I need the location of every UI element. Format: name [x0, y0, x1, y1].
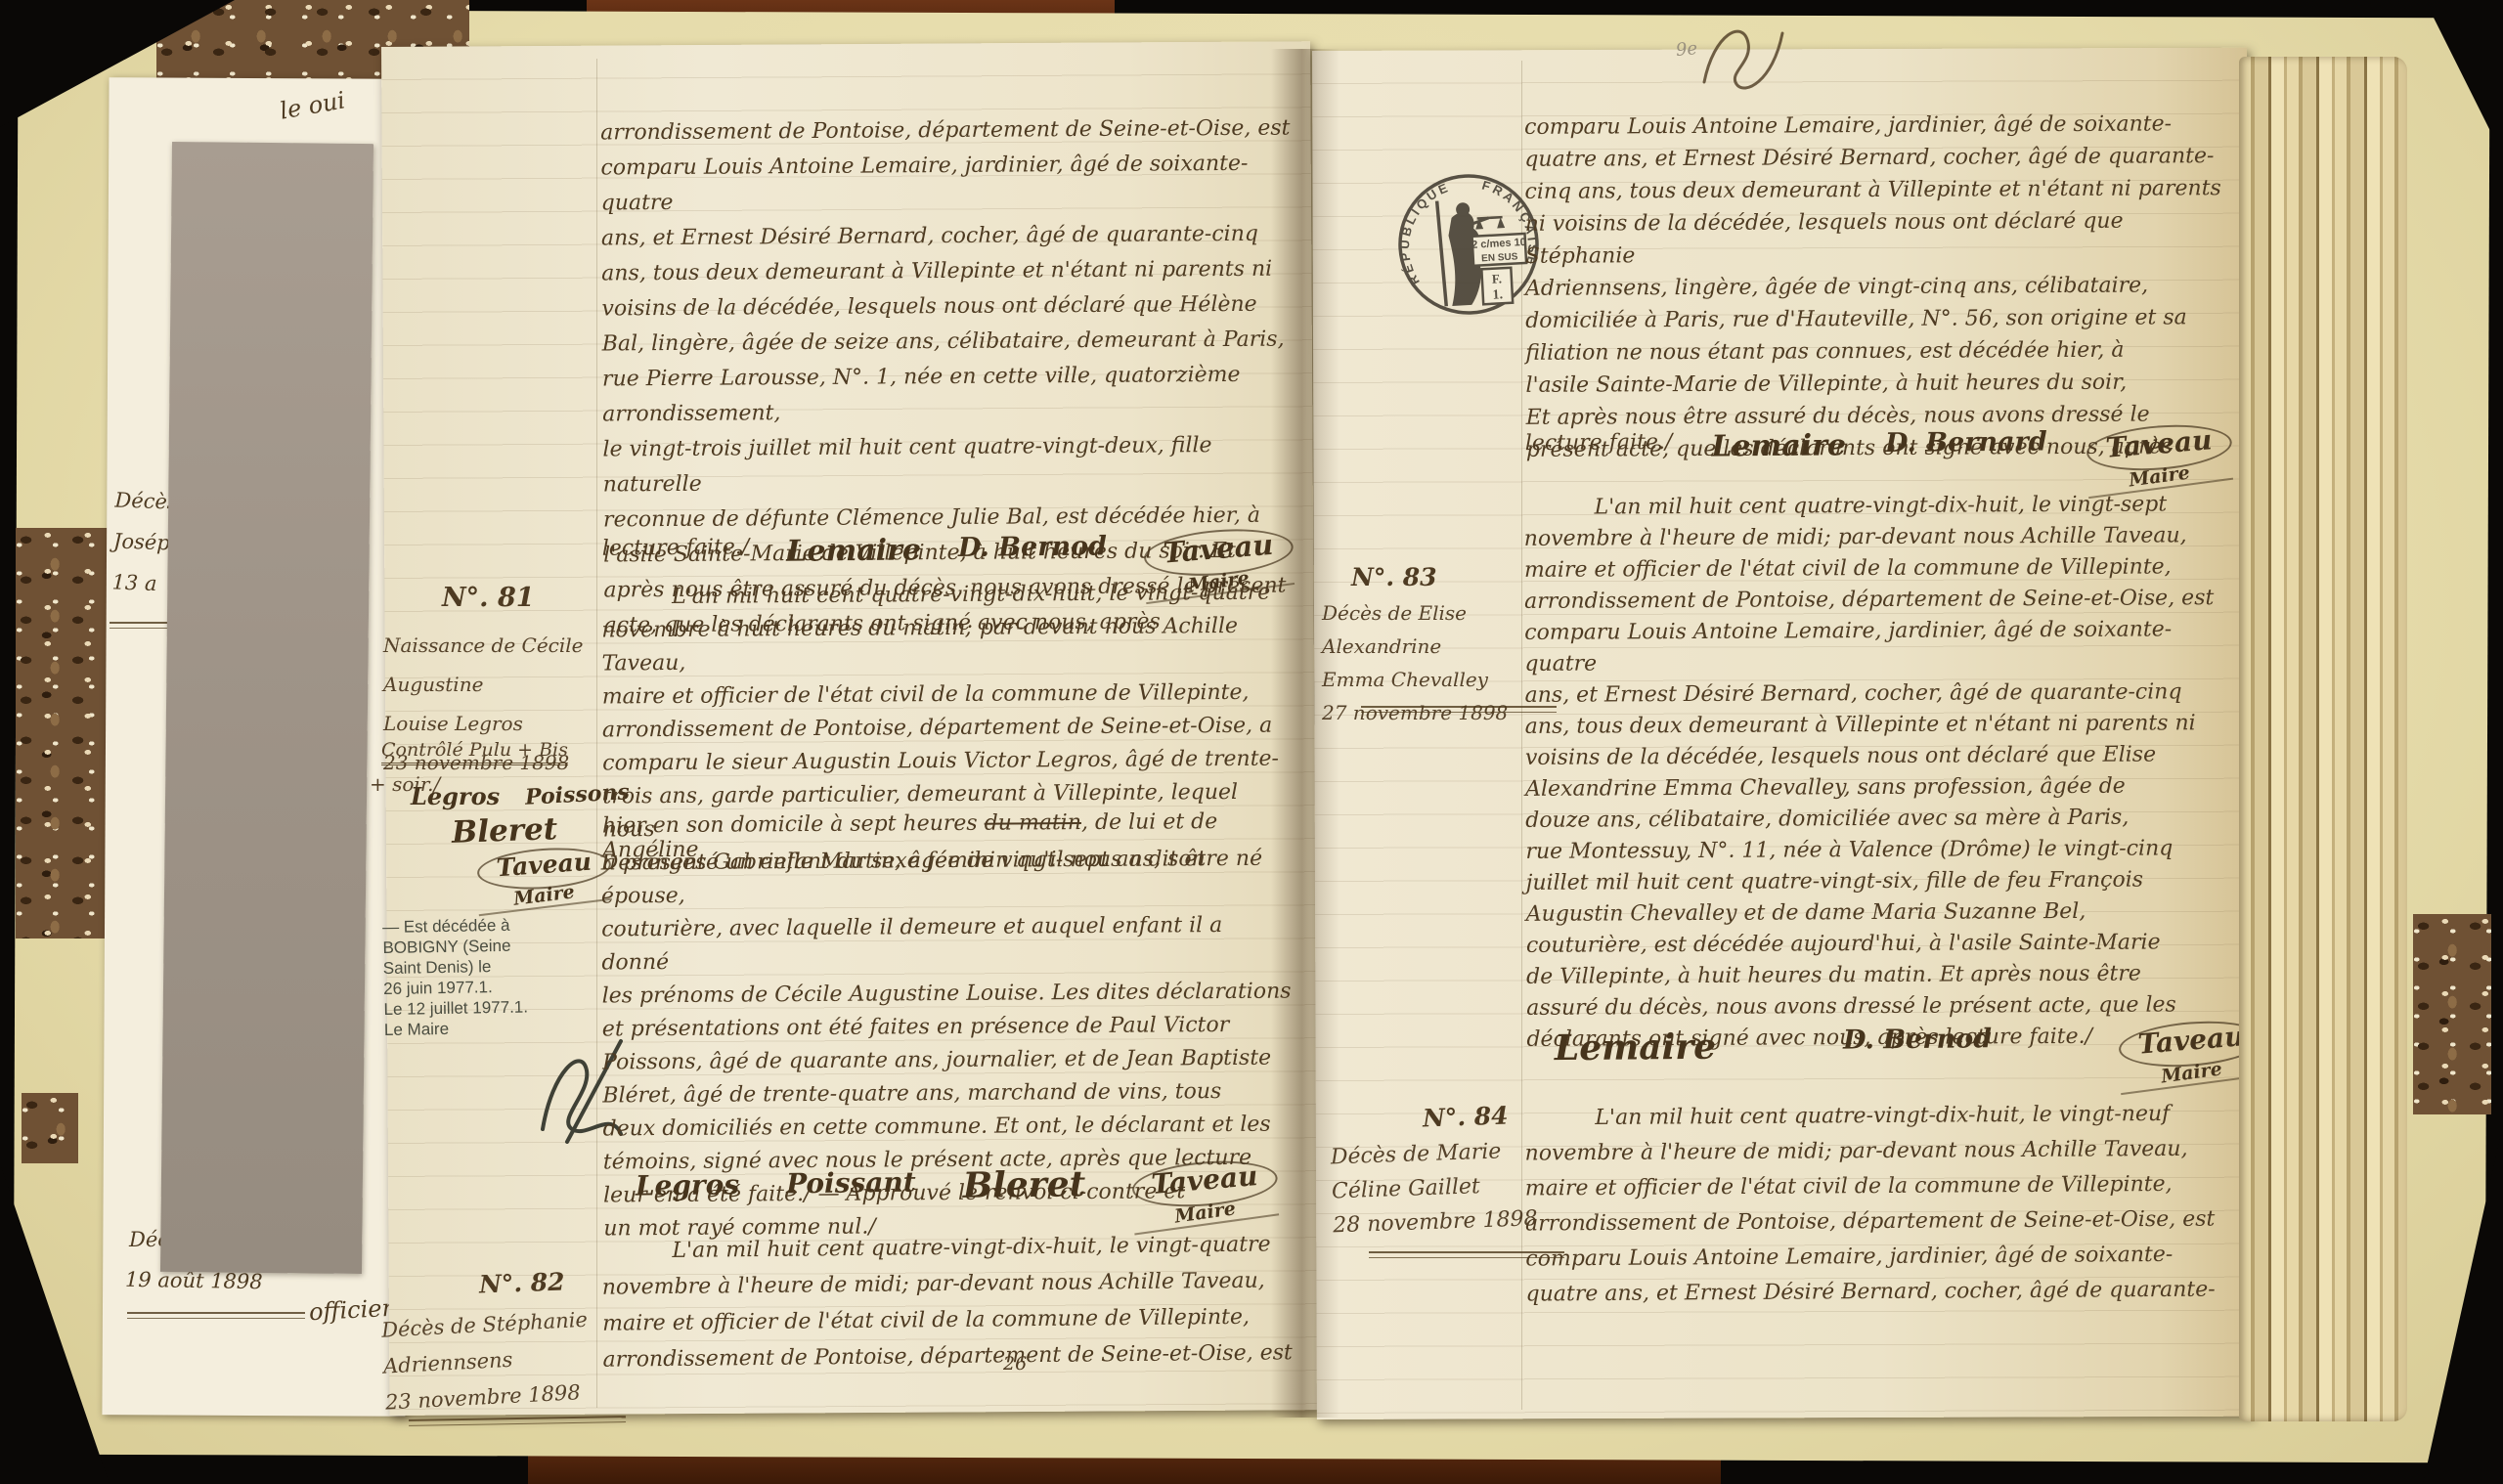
photographed-register-book: le oui Décès Josép 13 a Décè 19 août 189… — [0, 0, 2503, 1484]
act81-margin-control-note: Contrôlé Pulu + Bis — [381, 739, 568, 765]
act81-margin-signatures-row: Legros Poissons — [411, 782, 630, 810]
act82-signature-row: lecture faite./ Lemaire D. Bernard Tavea… — [1525, 425, 2232, 495]
gray-insert-card — [160, 142, 373, 1274]
signature-bernod-3: D. Bernod — [1843, 1024, 1992, 1055]
line8-pre: hier en son domicile à sept heures — [602, 811, 985, 839]
old-page-fragment-rule-bottom — [127, 1312, 305, 1319]
signature-taveau-maire-3: Taveau Maire — [2086, 425, 2232, 490]
corner-paraph-flourish — [1699, 14, 1787, 102]
act83-signature-row: Lemaire D. Bernod Taveau Maire — [1555, 1022, 2265, 1091]
signature-poissant: Poissant — [786, 1166, 916, 1200]
signature-bernard-2: D. Bernard — [1885, 426, 2047, 458]
act83-body-text: L'an mil huit cent quatre-vingt-dix-huit… — [1523, 489, 2232, 1056]
stamp-arc-left-text: RÉPUBLIQUE — [1393, 179, 1457, 288]
right-page-stack-edges — [2239, 57, 2407, 1421]
signature-taveau-maire-2: Taveau Maire — [1132, 1160, 1279, 1226]
act84-body-start: L'an mil huit cent quatre-vingt-dix-huit… — [1524, 1096, 2237, 1312]
marbled-paper-bottom-left — [22, 1093, 78, 1163]
margin-signature-bleret: Bleret — [451, 811, 557, 851]
signature-lemaire: Lemaire — [786, 533, 921, 568]
line8-struck-words: du matin — [985, 810, 1081, 836]
signature-bleret: Bleret — [962, 1163, 1085, 1206]
act80-closing: lecture faite./ — [602, 535, 750, 561]
margin-signature-legros: Legros — [411, 782, 500, 810]
act82-margin-number: N°. 82 — [479, 1267, 566, 1298]
stamp-surcharge-line2: EN SUS — [1481, 251, 1518, 264]
stamp-franc-line2: 1. — [1492, 287, 1503, 303]
act84-margin-number: N°. 84 — [1423, 1101, 1510, 1132]
act82-continuation-text: comparu Louis Antoine Lemaire, jardinier… — [1524, 108, 2228, 466]
signature-lemaire-2: Lemaire — [1711, 428, 1846, 463]
act81-margin-number: N°. 81 — [442, 583, 535, 613]
act82-margin-title: Décès de Stéphanie Adriennsens 23 novemb… — [380, 1299, 635, 1420]
act81-signature-row: Legros Poissant Bleret Taveau Maire — [636, 1160, 1279, 1233]
book-gutter-shadow — [1271, 49, 1339, 1418]
act82-closing: lecture faite./ — [1525, 430, 1673, 456]
svg-text:RÉPUBLIQUE: RÉPUBLIQUE — [1393, 179, 1457, 288]
act83-margin-number: N°. 83 — [1351, 563, 1437, 591]
act81-later-death-note: — Est décédée à BOBIGNY (Seine Saint Den… — [382, 913, 614, 1040]
signature-lemaire-3: Lemaire — [1555, 1026, 1717, 1069]
act82-body-start: L'an mil huit cent quatre-vingt-dix-huit… — [601, 1226, 1295, 1377]
margin-signature-taveau-block: Taveau Maire — [477, 849, 611, 908]
marbled-paper-left-strip — [16, 528, 113, 938]
signature-legros: Legros — [636, 1168, 740, 1201]
left-page-number: 26 — [1003, 1353, 1027, 1375]
signature-bernod: D. Bernod — [958, 531, 1107, 563]
stamp-franc-line1: F. — [1491, 271, 1502, 286]
pencil-folio-mark: 9e — [1675, 38, 1698, 61]
marbled-paper-bottom-right — [2413, 914, 2491, 1114]
